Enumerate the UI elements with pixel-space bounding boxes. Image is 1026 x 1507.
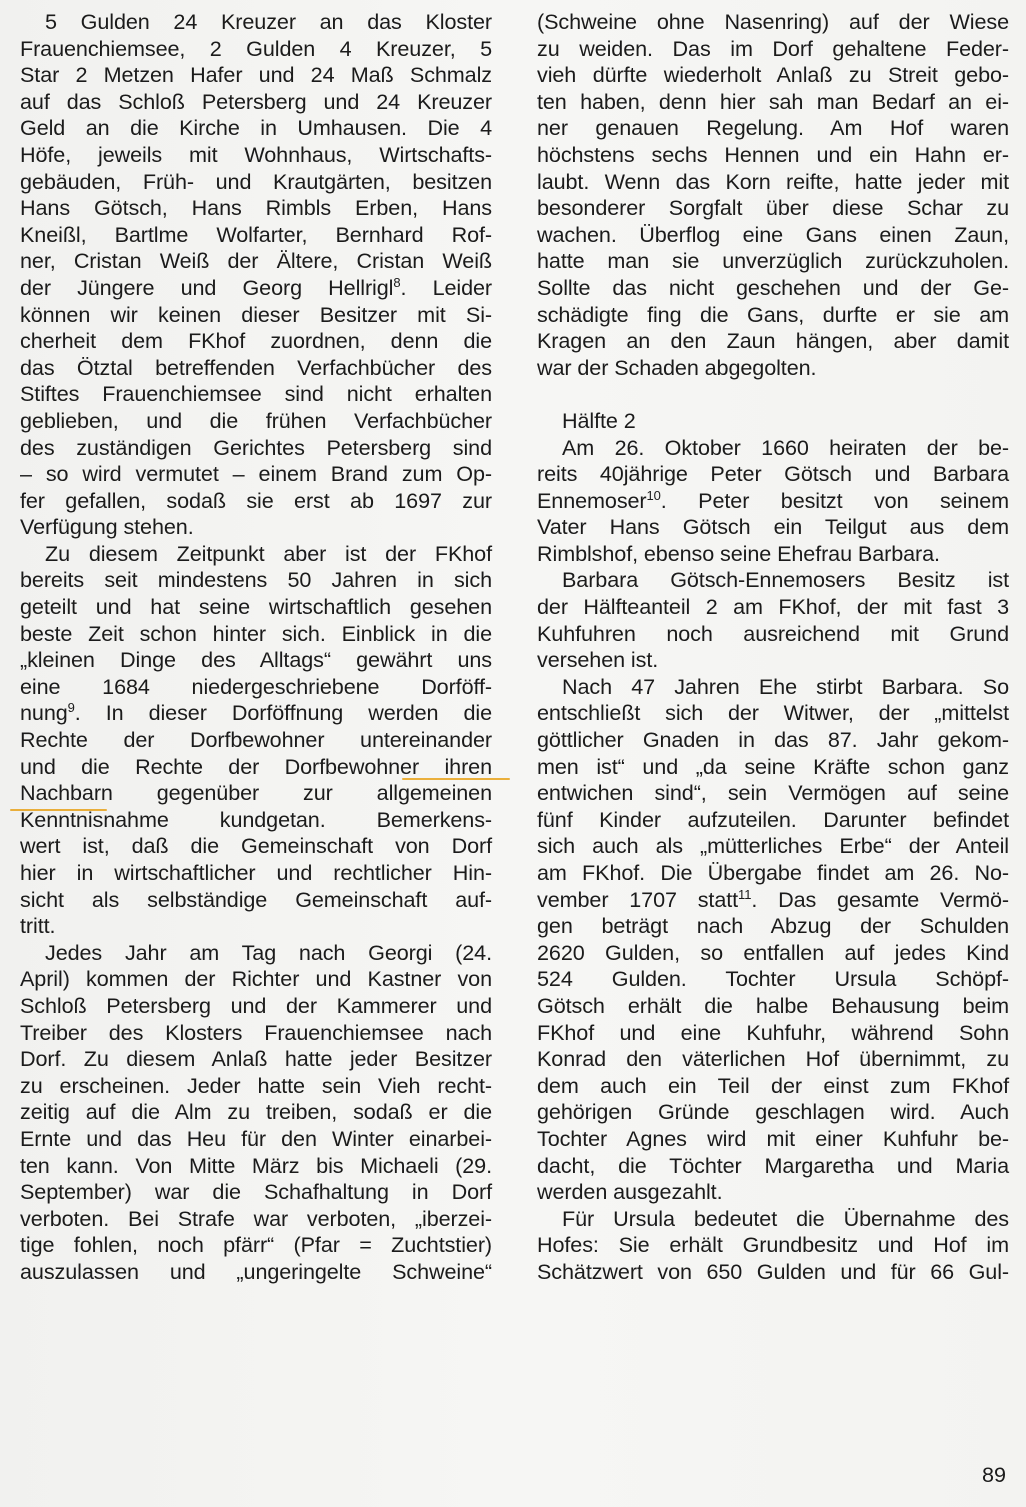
text-line: wachen. Überflog eine Gans einen Zaun, [537,222,1009,249]
book-page: 5 Gulden 24 Kreuzer an das KlosterFrauen… [0,0,1026,1507]
text-line: fünf Kinder aufzuteilen. Darunter befind… [537,807,1009,834]
text-line: sicht als selbständige Gemeinschaft auf- [20,887,492,914]
section-gap [537,381,1009,408]
text-line: laubt. Wenn das Korn reifte, hatte jeder… [537,169,1009,196]
paragraph: Am 26. Oktober 1660 heiraten der be-reit… [537,435,1009,568]
text-line: Götsch erhält die halbe Behausung beim [537,993,1009,1020]
text-line: Rimblshof, ebenso seine Ehefrau Barbara. [537,541,1009,568]
page-number: 89 [982,1462,1006,1488]
text-line: „kleinen Dinge des Alltags“ gewährt uns [20,647,492,674]
text-line: geteilt und hat seine wirtschaftlich ges… [20,594,492,621]
text-line: gehörigen Gründe geschlagen wird. Auch [537,1099,1009,1126]
left-text-column: 5 Gulden 24 Kreuzer an das KlosterFrauen… [20,9,492,1286]
text-line: (Schweine ohne Nasenring) auf der Wiese [537,9,1009,36]
text-line: Nach 47 Jahren Ehe stirbt Barbara. So [537,674,1009,701]
text-line: Star 2 Metzen Hafer und 24 Maß Schmalz [20,62,492,89]
text-line: zu erscheinen. Jeder hatte sein Vieh rec… [20,1073,492,1100]
text-line: und die Rechte der Dorfbewohner ihren [20,754,492,781]
right-text-column: (Schweine ohne Nasenring) auf der Wiesez… [537,9,1009,1286]
text-line: war der Schaden abgegolten. [537,355,1009,382]
text-line: beste Zeit schon hinter sich. Einblick i… [20,621,492,648]
text-line: Höfe, jeweils mit Wohnhaus, Wirtschafts- [20,142,492,169]
text-line: Für Ursula bedeutet die Übernahme des [537,1206,1009,1233]
text-line: Barbara Götsch-Ennemosers Besitz ist [537,567,1009,594]
text-line: FKhof und eine Kuhfuhr, während Sohn [537,1020,1009,1047]
text-line: schädigte fing die Gans, durfte er sie a… [537,302,1009,329]
section-heading: Hälfte 2 [537,408,1009,435]
text-line: fer gefallen, sodaß sie erst ab 1697 zur [20,488,492,515]
text-line: der Hälfteanteil 2 am FKhof, der mit fas… [537,594,1009,621]
text-line: auf das Schloß Petersberg und 24 Kreuzer [20,89,492,116]
paragraph: Jedes Jahr am Tag nach Georgi (24.April)… [20,940,492,1286]
text-line: Dorf. Zu diesem Anlaß hatte jeder Besitz… [20,1046,492,1073]
text-line: Tochter Agnes wird mit einer Kuhfuhr be- [537,1126,1009,1153]
text-line: verboten. Bei Strafe war verboten, „iber… [20,1206,492,1233]
text-line: des zuständigen Gerichtes Petersberg sin… [20,435,492,462]
text-line: Ernte und das Heu für den Winter einarbe… [20,1126,492,1153]
text-line: Vater Hans Götsch ein Teilgut aus dem [537,514,1009,541]
text-line: entschließt sich der Witwer, der „mittel… [537,700,1009,727]
text-line: Schätzwert von 650 Gulden und für 66 Gul… [537,1259,1009,1286]
footnote-reference: 11 [738,887,751,902]
text-line: nung9. In dieser Dorföffnung werden die [20,700,492,727]
text-line: Verfügung stehen. [20,514,492,541]
text-line: September) war die Schafhaltung in Dorf [20,1179,492,1206]
text-line: auszulassen und „ungeringelte Schweine“ [20,1259,492,1286]
text-line: ten kann. Von Mitte März bis Michaeli (2… [20,1153,492,1180]
text-line: vember 1707 statt11. Das gesamte Vermö- [537,887,1009,914]
paragraph: Für Ursula bedeutet die Übernahme desHof… [537,1206,1009,1286]
text-line: Hans Götsch, Hans Rimbls Erben, Hans [20,195,492,222]
text-line: cherheit dem FKhof zuordnen, denn die [20,328,492,355]
text-line: ner, Cristan Weiß der Ältere, Cristan We… [20,248,492,275]
footnote-reference: 8 [393,275,400,290]
text-line: ner genauen Regelung. Am Hof waren [537,115,1009,142]
text-line: men ist“ und „da seine Kräfte schon ganz [537,754,1009,781]
text-line: eine 1684 niedergeschriebene Dorföff- [20,674,492,701]
text-line: besonderer Sorgfalt über diese Schar zu [537,195,1009,222]
paragraph: Zu diesem Zeitpunkt aber ist der FKhofbe… [20,541,492,940]
text-line: gen beträgt nach Abzug der Schulden [537,913,1009,940]
text-line: – so wird vermutet – einem Brand zum Op- [20,461,492,488]
text-line: 2620 Gulden, so entfallen auf jedes Kind [537,940,1009,967]
text-line: April) kommen der Richter und Kastner vo… [20,966,492,993]
footnote-reference: 9 [68,700,75,715]
text-line: Kneißl, Bartlme Wolfarter, Bernhard Rof- [20,222,492,249]
text-line: Kragen an den Zaun hängen, aber damit [537,328,1009,355]
footnote-reference: 10 [647,488,661,503]
text-line: das Ötztal betreffenden Verfachbücher de… [20,355,492,382]
text-line: geblieben, und die frühen Verfachbücher [20,408,492,435]
text-line: werden ausgezahlt. [537,1179,1009,1206]
text-line: Rechte der Dorfbewohner untereinander [20,727,492,754]
text-line: sich auch als „mütterliches Erbe“ der An… [537,833,1009,860]
text-line: gebäuden, Früh- und Krautgärten, besitze… [20,169,492,196]
highlighter-underline-mark [10,809,107,811]
text-line: reits 40jährige Peter Götsch und Barbara [537,461,1009,488]
text-line: Jedes Jahr am Tag nach Georgi (24. [20,940,492,967]
text-line: hier in wirtschaftlicher und rechtlicher… [20,860,492,887]
text-line: Ennemoser10. Peter besitzt von seinem [537,488,1009,515]
text-line: ten haben, denn hier sah man Bedarf an e… [537,89,1009,116]
text-line: vieh dürfte wiederholt Anlaß zu Streit g… [537,62,1009,89]
text-line: tige fohlen, noch pfärr“ (Pfar = Zuchtst… [20,1232,492,1259]
text-line: 524 Gulden. Tochter Ursula Schöpf- [537,966,1009,993]
text-line: Stiftes Frauenchiemsee sind nicht erhalt… [20,381,492,408]
text-line: höchstens sechs Hennen und ein Hahn er- [537,142,1009,169]
text-line: am FKhof. Die Übergabe findet am 26. No- [537,860,1009,887]
paragraph: (Schweine ohne Nasenring) auf der Wiesez… [537,9,1009,381]
text-line: 5 Gulden 24 Kreuzer an das Kloster [20,9,492,36]
text-line: hatte man sie unverzüglich zurückzuholen… [537,248,1009,275]
text-line: können wir keinen dieser Besitzer mit Si… [20,302,492,329]
text-line: Geld an die Kirche in Umhausen. Die 4 [20,115,492,142]
paragraph: Nach 47 Jahren Ehe stirbt Barbara. Soent… [537,674,1009,1206]
text-line: Frauenchiemsee, 2 Gulden 4 Kreuzer, 5 [20,36,492,63]
paragraph: Barbara Götsch-Ennemosers Besitz istder … [537,567,1009,673]
text-line: dem auch ein Teil der einst zum FKhof [537,1073,1009,1100]
text-line: bereits seit mindestens 50 Jahren in sic… [20,567,492,594]
text-line: zu weiden. Das im Dorf gehaltene Feder- [537,36,1009,63]
text-line: tritt. [20,913,492,940]
text-line: Hofes: Sie erhält Grundbesitz und Hof im [537,1232,1009,1259]
text-line: wert ist, daß die Gemeinschaft von Dorf [20,833,492,860]
text-line: Am 26. Oktober 1660 heiraten der be- [537,435,1009,462]
text-line: Konrad den väterlichen Hof übernimmt, zu [537,1046,1009,1073]
text-line: Sollte das nicht geschehen und der Ge- [537,275,1009,302]
text-line: Treiber des Klosters Frauenchiemsee nach [20,1020,492,1047]
text-line: versehen ist. [537,647,1009,674]
text-line: zeitig auf die Alm zu treiben, sodaß er … [20,1099,492,1126]
text-line: göttlicher Gnaden in das 87. Jahr gekom- [537,727,1009,754]
paragraph: 5 Gulden 24 Kreuzer an das KlosterFrauen… [20,9,492,541]
text-line: entwichen sind“, sein Vermögen auf seine [537,780,1009,807]
text-line: der Jüngere und Georg Hellrigl8. Leider [20,275,492,302]
text-line: Kuhfuhren noch ausreichend mit Grund [537,621,1009,648]
highlighter-underline-mark [402,778,510,780]
text-line: Zu diesem Zeitpunkt aber ist der FKhof [20,541,492,568]
text-line: Schloß Petersberg und der Kammerer und [20,993,492,1020]
text-line: dacht, die Töchter Margaretha und Maria [537,1153,1009,1180]
text-line: Nachbarn gegenüber zur allgemeinen [20,780,492,807]
